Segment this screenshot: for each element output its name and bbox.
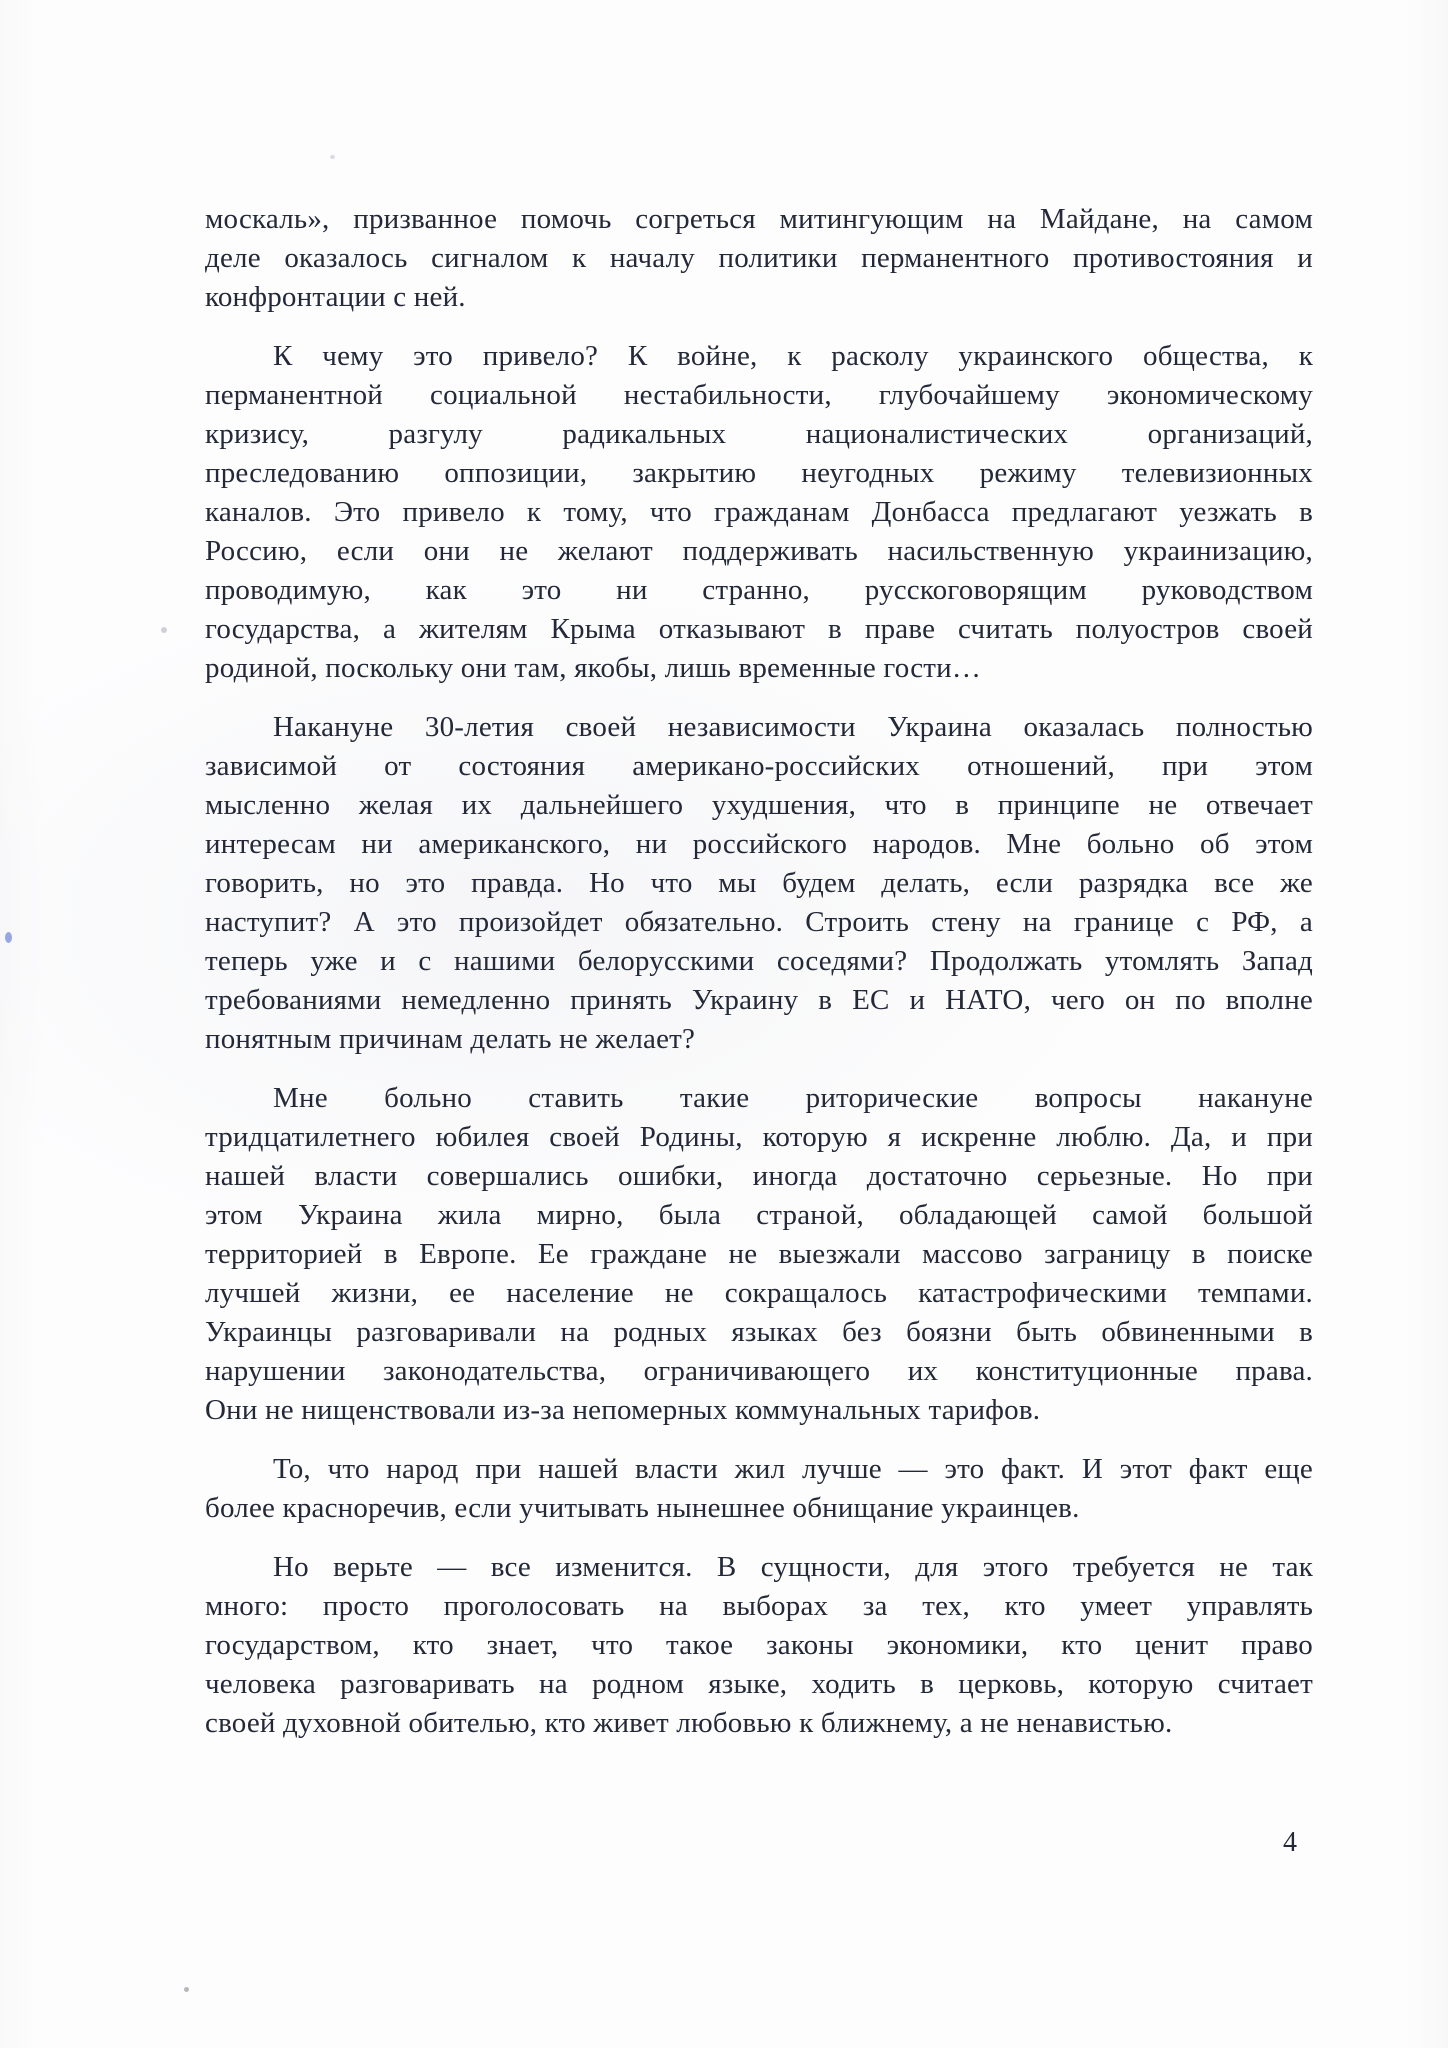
- paragraph-3: Накануне 30-летия своей независимости Ук…: [205, 708, 1313, 1059]
- text-line: своей духовной обителью, кто живет любов…: [205, 1704, 1313, 1743]
- paragraph-2: К чему это привело? К войне, к расколу у…: [205, 337, 1313, 688]
- document-text-block: москаль», призванное помочь согреться ми…: [205, 200, 1313, 1743]
- paragraph-6: Но верьте — все изменится. В сущности, д…: [205, 1548, 1313, 1743]
- text-line: деле оказалось сигналом к началу политик…: [205, 239, 1313, 278]
- text-line: родиной, поскольку они там, якобы, лишь …: [205, 649, 1313, 688]
- text-line: наступит? А это произойдет обязательно. …: [205, 903, 1313, 942]
- paragraph-4: Мне больно ставить такие риторические во…: [205, 1079, 1313, 1430]
- text-line: человека разговаривать на родном языке, …: [205, 1665, 1313, 1704]
- text-line: нашей власти совершались ошибки, иногда …: [205, 1157, 1313, 1196]
- text-line: нарушении законодательства, ограничивающ…: [205, 1352, 1313, 1391]
- text-line: говорить, но это правда. Но что мы будем…: [205, 864, 1313, 903]
- text-line: конфронтации с ней.: [205, 278, 1313, 317]
- text-line: требованиями немедленно принять Украину …: [205, 981, 1313, 1020]
- text-line: преследованию оппозиции, закрытию неугод…: [205, 454, 1313, 493]
- scan-speckle: [184, 1987, 189, 1992]
- text-line: понятным причинам делать не желает?: [205, 1020, 1313, 1059]
- text-line: кризису, разгулу радикальных националист…: [205, 415, 1313, 454]
- text-line: теперь уже и с нашими белорусскими сосед…: [205, 942, 1313, 981]
- text-line: Но верьте — все изменится. В сущности, д…: [205, 1548, 1313, 1587]
- text-line: государства, а жителям Крыма отказывают …: [205, 610, 1313, 649]
- text-line: То, что народ при нашей власти жил лучше…: [205, 1450, 1313, 1489]
- text-line: К чему это привело? К войне, к расколу у…: [205, 337, 1313, 376]
- text-line: тридцатилетнего юбилея своей Родины, кот…: [205, 1118, 1313, 1157]
- scan-speckle: [161, 627, 167, 633]
- text-line: проводимую, как это ни странно, русского…: [205, 571, 1313, 610]
- text-line: этом Украина жила мирно, была страной, о…: [205, 1196, 1313, 1235]
- text-line: территорией в Европе. Ее граждане не вые…: [205, 1235, 1313, 1274]
- scan-speckle: [330, 155, 335, 159]
- text-line: интересам ни американского, ни российско…: [205, 825, 1313, 864]
- scan-speckle-blue: [5, 932, 12, 943]
- text-line: много: просто проголосовать на выборах з…: [205, 1587, 1313, 1626]
- paragraph-5: То, что народ при нашей власти жил лучше…: [205, 1450, 1313, 1528]
- text-line: более красноречив, если учитывать нынешн…: [205, 1489, 1313, 1528]
- text-line: Они не нищенствовали из-за непомерных ко…: [205, 1391, 1313, 1430]
- text-line: зависимой от состояния американо-российс…: [205, 747, 1313, 786]
- scanned-document-page: москаль», призванное помочь согреться ми…: [0, 0, 1448, 2048]
- text-line: Мне больно ставить такие риторические во…: [205, 1079, 1313, 1118]
- text-line: мысленно желая их дальнейшего ухудшения,…: [205, 786, 1313, 825]
- paragraph-1: москаль», призванное помочь согреться ми…: [205, 200, 1313, 317]
- text-line: перманентной социальной нестабильности, …: [205, 376, 1313, 415]
- text-line: лучшей жизни, ее население не сокращалос…: [205, 1274, 1313, 1313]
- text-line: Украинцы разговаривали на родных языках …: [205, 1313, 1313, 1352]
- page-number: 4: [1270, 1826, 1310, 1860]
- text-line: каналов. Это привело к тому, что граждан…: [205, 493, 1313, 532]
- text-line: Накануне 30-летия своей независимости Ук…: [205, 708, 1313, 747]
- text-line: Россию, если они не желают поддерживать …: [205, 532, 1313, 571]
- text-line: москаль», призванное помочь согреться ми…: [205, 200, 1313, 239]
- text-line: государством, кто знает, что такое закон…: [205, 1626, 1313, 1665]
